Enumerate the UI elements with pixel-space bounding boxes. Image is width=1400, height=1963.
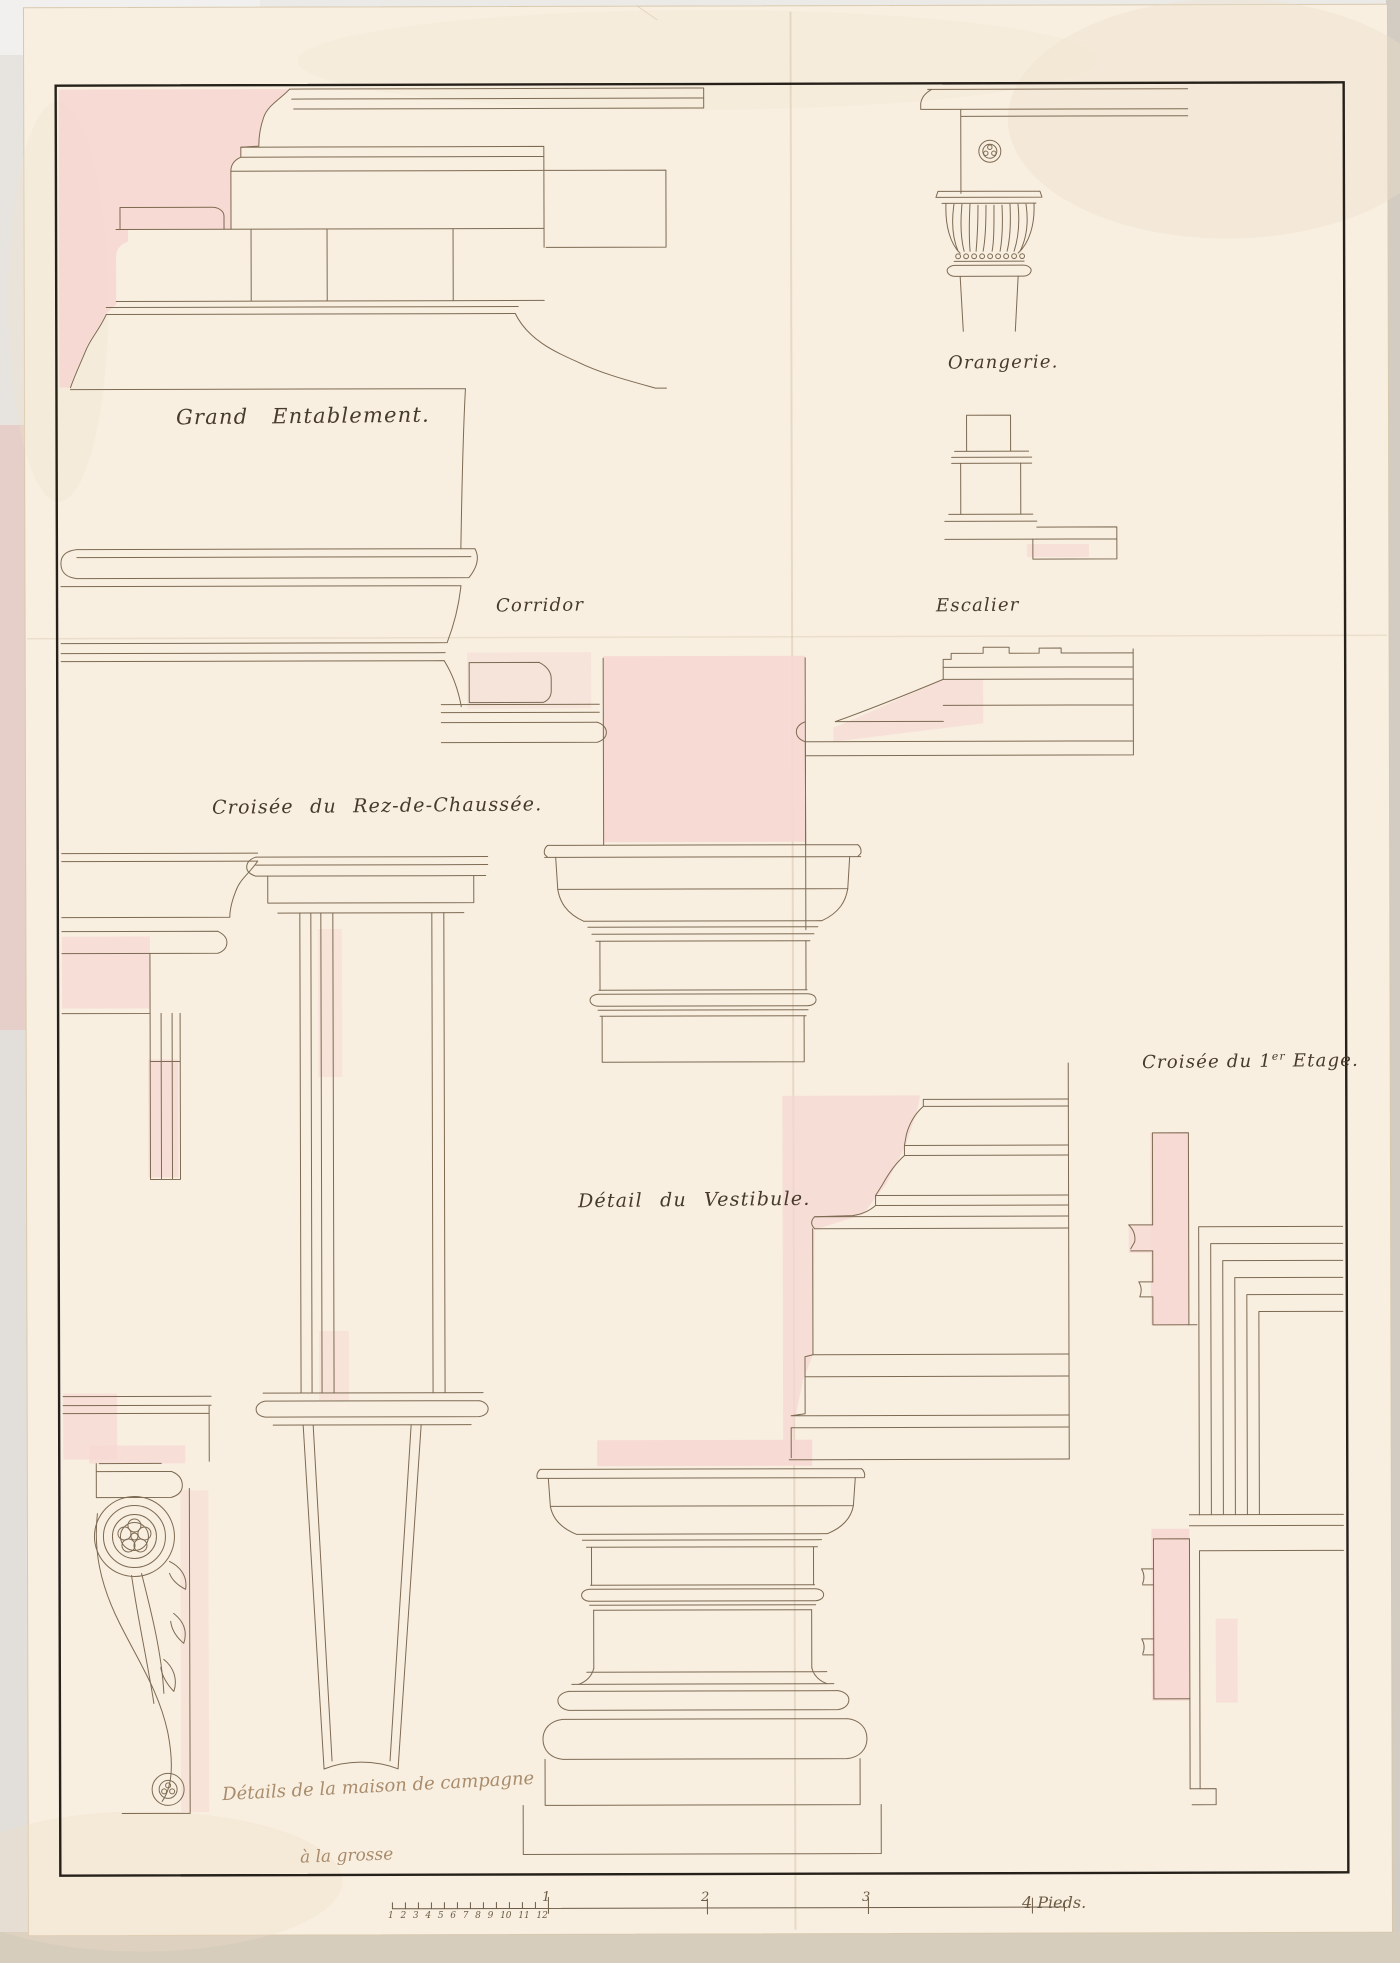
minor-tick: 8 (475, 1911, 481, 1923)
label-croisee-rdc: Croisée du Rez-de-Chaussée. (212, 793, 543, 818)
label-croisee-etage-sup: er (1272, 1050, 1286, 1063)
minor-tick: 1 (388, 1911, 394, 1923)
minor-tick: 3 (413, 1911, 419, 1923)
minor-tick: 4 (425, 1911, 431, 1923)
photographed-drawing: Grand Entablement. Orangerie. Corridor E… (0, 0, 1400, 1963)
minor-tick: 9 (488, 1911, 494, 1923)
minor-tick: 10 (500, 1911, 511, 1923)
minor-tick: 5 (438, 1911, 444, 1923)
minor-tick: 12 (536, 1911, 547, 1923)
scale-minor-tick-labels: 1 2 3 4 5 6 7 8 9 10 11 12 (388, 1911, 548, 1923)
minor-tick: 2 (400, 1911, 406, 1923)
scale-major-2: 2 (701, 1890, 709, 1905)
label-escalier: Escalier (936, 595, 1020, 617)
label-grand-entablement: Grand Entablement. (176, 403, 430, 430)
minor-tick: 7 (463, 1911, 469, 1923)
scale-end-label: 4 Pieds. (1022, 1893, 1086, 1912)
minor-tick: 11 (518, 1911, 529, 1923)
scale-major-3: 3 (862, 1890, 870, 1905)
scale-major-1: 1 (542, 1890, 550, 1905)
inscription-line2: à la grosse (300, 1844, 394, 1867)
minor-tick: 6 (450, 1911, 456, 1923)
label-detail-vestibule: Détail du Vestibule. (578, 1188, 811, 1212)
label-orangerie: Orangerie. (948, 351, 1059, 373)
architectural-drawing-svg (0, 0, 1400, 1963)
label-croisee-etage: Croisée du 1er Etage. (1142, 1049, 1359, 1073)
label-corridor: Corridor (496, 595, 584, 617)
label-croisee-etage-prefix: Croisée du 1 (1142, 1051, 1272, 1073)
label-croisee-etage-suffix: Etage. (1286, 1050, 1359, 1072)
